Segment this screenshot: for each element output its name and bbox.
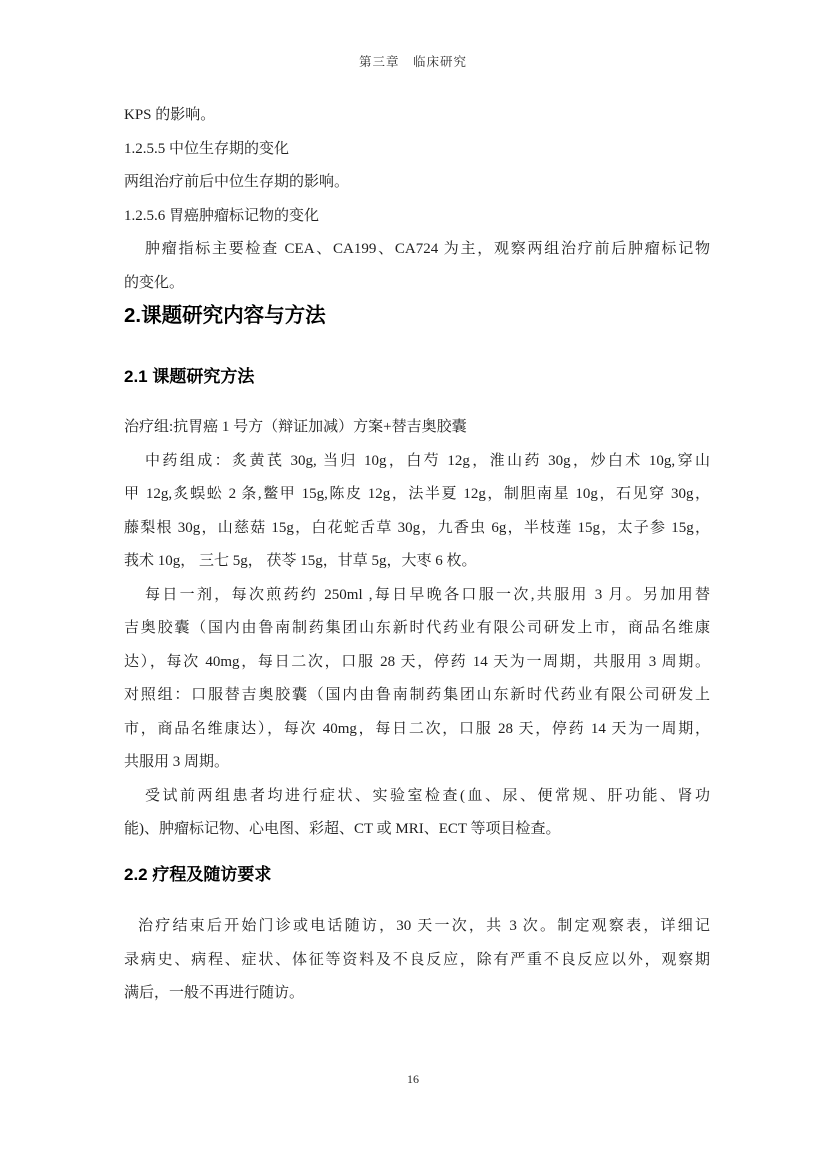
body-line: 莪术 10g， 三七 5g， 茯苓 15g，甘草 5g，大枣 6 枚。: [124, 545, 710, 579]
body-line: 每日一剂，每次煎药约 250ml ,每日早晚各口服一次,共服用 3 月。另加用替: [124, 579, 710, 613]
body-line: 市，商品名维康达），每次 40mg，每日二次，口服 28 天，停药 14 天为一…: [124, 713, 710, 747]
section-heading-2: 2.课题研究内容与方法: [124, 301, 710, 331]
body-line: 满后，一般不再进行随访。: [124, 977, 710, 1011]
running-header: 第三章 临床研究: [0, 55, 826, 70]
subsection-heading-2-1: 2.1 课题研究方法: [124, 365, 710, 389]
page-number: 16: [0, 1072, 826, 1087]
body-line: 对照组：口服替吉奥胶囊（国内由鲁南制药集团山东新时代药业有限公司研发上: [124, 679, 710, 713]
body-line: 共服用 3 周期。: [124, 746, 710, 780]
body-line: 的变化。: [124, 267, 710, 301]
body-line: 肿瘤指标主要检查 CEA、CA199、CA724 为主，观察两组治疗前后肿瘤标记…: [124, 233, 710, 267]
body-line: 中药组成：炙黄芪 30g, 当归 10g，白芍 12g，淮山药 30g，炒白术 …: [124, 445, 710, 479]
body-line: 1.2.5.6 胃癌肿瘤标记物的变化: [124, 200, 710, 234]
body-line: 吉奥胶囊（国内由鲁南制药集团山东新时代药业有限公司研发上市，商品名维康: [124, 612, 710, 646]
body-line: 藤梨根 30g，山慈菇 15g，白花蛇舌草 30g，九香虫 6g，半枝莲 15g…: [124, 512, 710, 546]
body-line: 达），每次 40mg，每日二次，口服 28 天，停药 14 天为一周期，共服用 …: [124, 646, 710, 680]
body-line: 治疗结束后开始门诊或电话随访，30 天一次，共 3 次。制定观察表，详细记: [124, 910, 710, 944]
body-line: 两组治疗前后中位生存期的影响。: [124, 166, 710, 200]
text-block: KPS 的影响。 1.2.5.5 中位生存期的变化 两组治疗前后中位生存期的影响…: [124, 99, 710, 1011]
body-line: 录病史、病程、症状、体征等资料及不良反应，除有严重不良反应以外，观察期: [124, 944, 710, 978]
body-line: 受试前两组患者均进行症状、实验室检查(血、尿、便常规、肝功能、肾功: [124, 780, 710, 814]
document-page: 第三章 临床研究 KPS 的影响。 1.2.5.5 中位生存期的变化 两组治疗前…: [0, 0, 826, 1169]
subsection-heading-2-2: 2.2 疗程及随访要求: [124, 863, 710, 887]
body-line: 甲 12g,炙蜈蚣 2 条,鳖甲 15g,陈皮 12g，法半夏 12g，制胆南星…: [124, 478, 710, 512]
body-line: 1.2.5.5 中位生存期的变化: [124, 133, 710, 167]
body-line: 治疗组:抗胃癌 1 号方（辩证加减）方案+替吉奥胶囊: [124, 411, 710, 445]
body-line: 能)、肿瘤标记物、心电图、彩超、CT 或 MRI、ECT 等项目检查。: [124, 813, 710, 847]
body-line: KPS 的影响。: [124, 99, 710, 133]
